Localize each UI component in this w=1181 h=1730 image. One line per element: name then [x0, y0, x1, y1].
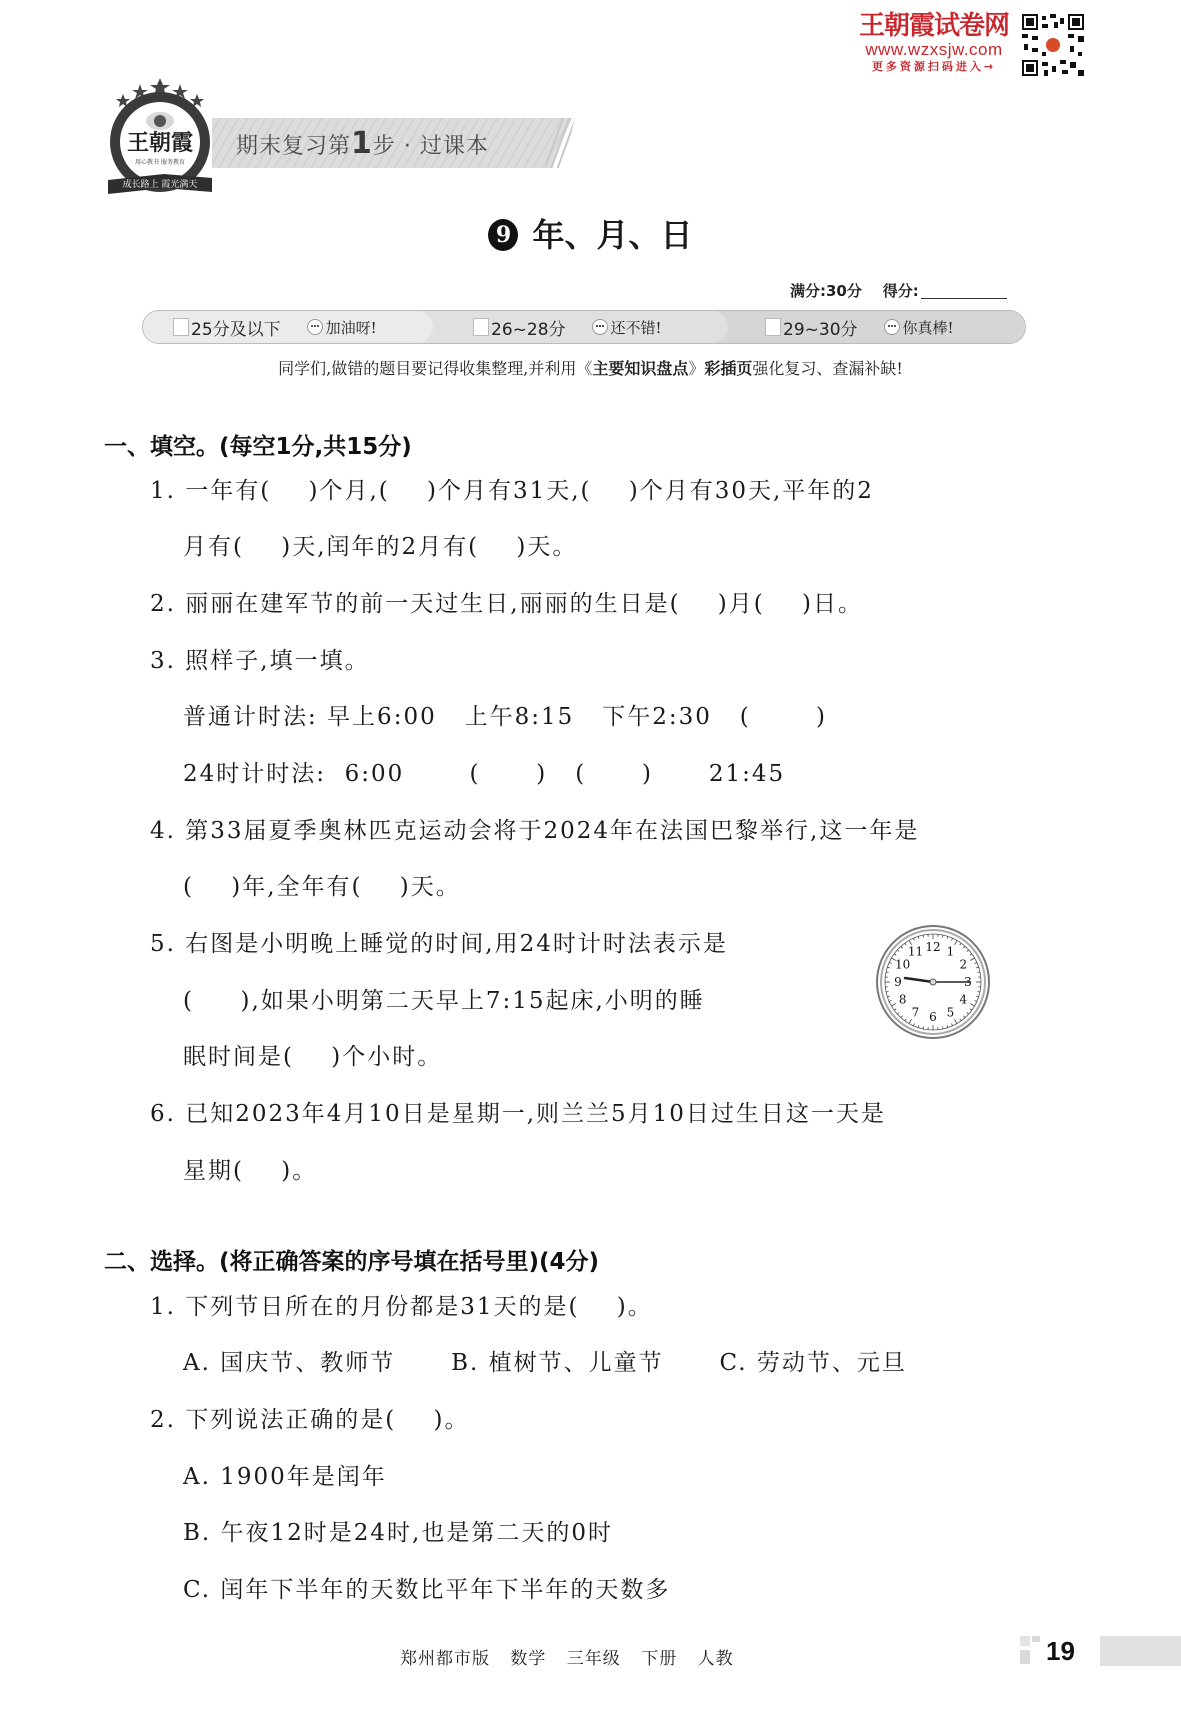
- option-line: C. 闰年下半年的天数比平年下半年的天数多: [183, 1571, 670, 1604]
- banner-suffix: 步 · 过课本: [373, 134, 489, 159]
- rating-checkbox[interactable]: [473, 318, 489, 336]
- page-deco: [1020, 1636, 1030, 1646]
- question-line: 月有( )天,闰年的2月有( )天。: [183, 528, 577, 561]
- svg-text:10: 10: [895, 958, 910, 972]
- rating-message: 加油呀!: [326, 317, 377, 338]
- banner-prefix: 期末复习第: [236, 134, 351, 159]
- svg-text:8: 8: [899, 993, 907, 1007]
- review-notice: 同学们,做错的题目要记得收集整理,并利用《主要知识盘点》彩插页强化复习、查漏补缺…: [0, 356, 1181, 379]
- rating-range: 25分及以下: [191, 315, 281, 340]
- rating-range: 26~28分: [491, 315, 566, 340]
- option-line: A. 1900年是闰年: [183, 1458, 387, 1491]
- question-line: 4. 第33届夏季奥林匹克运动会将于2024年在法国巴黎举行,这一年是: [150, 812, 919, 845]
- svg-text:王朝霞: 王朝霞: [127, 130, 193, 156]
- brand-url[interactable]: www.wzxsjw.com: [848, 40, 1020, 59]
- question-line: 24时计时法: 6:00 ( ) ( ) 21:45: [183, 755, 785, 788]
- svg-text:2: 2: [959, 958, 967, 972]
- brand-name: 王朝霞试卷网: [848, 12, 1020, 40]
- question-line: ( ),如果小明第二天早上7:15起床,小明的睡: [183, 982, 705, 1015]
- option-line: B. 午夜12时是24时,也是第二天的0时: [183, 1514, 613, 1547]
- svg-text:4: 4: [959, 993, 967, 1007]
- brand-block: 王朝霞试卷网 www.wzxsjw.com 更多资源扫码进入→: [848, 12, 1020, 74]
- question-line: 1. 下列节日所在的月份都是31天的是( )。: [150, 1288, 653, 1321]
- got-score-label: 得分:: [883, 282, 919, 300]
- question-line: 2. 丽丽在建军节的前一天过生日,丽丽的生日是( )月( )日。: [150, 585, 863, 618]
- chapter-number-badge: 9: [488, 219, 518, 251]
- question-line: 普通计时法: 早上6:00 上午8:15 下午2:30 ( ): [183, 698, 827, 731]
- rating-segment-1: 25分及以下 加油呀!: [143, 311, 433, 343]
- page-bar: [1100, 1636, 1181, 1666]
- rating-checkbox[interactable]: [765, 318, 781, 336]
- smiley-face-icon: [592, 319, 608, 335]
- page-number: 19: [1046, 1636, 1075, 1667]
- svg-text:6: 6: [929, 1010, 937, 1024]
- question-line: 星期( )。: [183, 1152, 317, 1185]
- rating-message: 你真棒!: [903, 317, 954, 338]
- svg-text:7: 7: [912, 1005, 920, 1019]
- page-deco: [1032, 1636, 1040, 1642]
- question-line: 6. 已知2023年4月10日是星期一,则兰兰5月10日过生日这一天是: [150, 1095, 886, 1128]
- qr-code-icon[interactable]: [1022, 14, 1084, 76]
- full-score-label: 满分:30分: [790, 282, 862, 300]
- option-line: A. 国庆节、教师节 B. 植树节、儿童节 C. 劳动节、元旦: [183, 1344, 907, 1377]
- wangzhaoxia-logo: 王朝霞 用心教书 服务教育 成长路上 霞光满天: [104, 76, 216, 202]
- svg-text:11: 11: [908, 945, 923, 959]
- brand-hint: 更多资源扫码进入→: [848, 59, 1020, 74]
- question-line: 3. 照样子,填一填。: [150, 642, 370, 675]
- rating-range: 29~30分: [783, 315, 858, 340]
- footer-edition: 郑州都市版 数学 三年级 下册 人教: [400, 1644, 734, 1669]
- chapter-title: 年、月、日: [532, 216, 692, 254]
- svg-text:12: 12: [925, 940, 940, 954]
- section-heading-choice: 二、选择。(将正确答案的序号填在括号里)(4分): [104, 1243, 599, 1276]
- question-line: 5. 右图是小明晚上睡觉的时间,用24时计时法表示是: [150, 925, 728, 958]
- smiley-face-icon: [307, 319, 323, 335]
- svg-text:用心教书 服务教育: 用心教书 服务教育: [135, 158, 185, 166]
- svg-text:1: 1: [947, 945, 955, 959]
- question-line: 2. 下列说法正确的是( )。: [150, 1401, 469, 1434]
- score-line: 满分:30分 得分:: [790, 280, 1007, 301]
- svg-text:5: 5: [947, 1005, 955, 1019]
- section-heading-fill-blank: 一、填空。(每空1分,共15分): [104, 428, 412, 461]
- page-deco: [1020, 1650, 1030, 1664]
- clock-icon: 121234567891011: [875, 924, 991, 1040]
- smiley-face-icon: [884, 319, 900, 335]
- question-line: 眠时间是( )个小时。: [183, 1038, 442, 1071]
- svg-text:9: 9: [894, 975, 902, 989]
- banner-text: 期末复习第1步 · 过课本: [236, 126, 489, 161]
- rating-message: 还不错!: [611, 317, 662, 338]
- svg-text:成长路上 霞光满天: 成长路上 霞光满天: [123, 178, 198, 190]
- banner-step-number: 1: [351, 126, 373, 161]
- score-rating-bar: 29~30分 你真棒! 26~28分 还不错! 25分及以下 加油呀!: [142, 310, 1026, 344]
- page-title: 9年、月、日: [0, 210, 1181, 256]
- score-blank[interactable]: [921, 283, 1007, 299]
- question-line: 1. 一年有( )个月,( )个月有31天,( )个月有30天,平年的2: [150, 472, 874, 505]
- rating-checkbox[interactable]: [173, 318, 189, 336]
- question-line: ( )年,全年有( )天。: [183, 868, 461, 901]
